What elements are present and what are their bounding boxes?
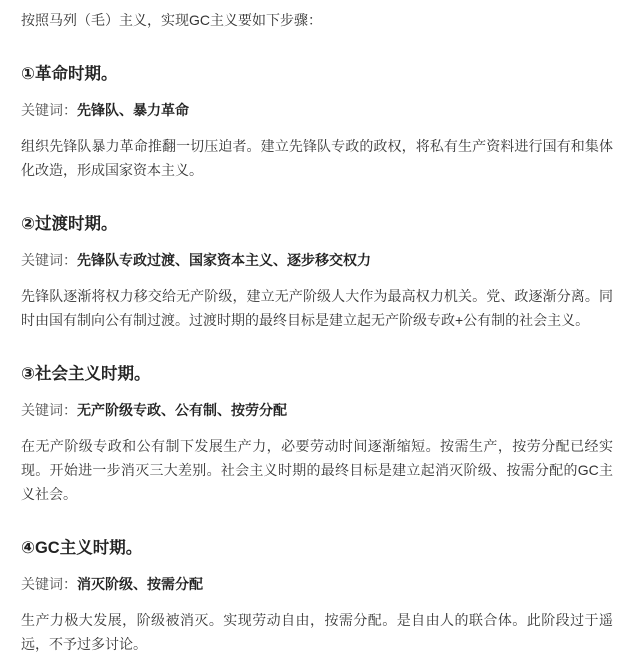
keywords-value: 消灭阶级、按需分配 bbox=[77, 576, 203, 592]
section-body: 生产力极大发展，阶级被消灭。实现劳动自由，按需分配。是自由人的联合体。此阶段过于… bbox=[21, 608, 613, 654]
section-communism: ④GC主义时期。 关键词：消灭阶级、按需分配 生产力极大发展，阶级被消灭。实现劳… bbox=[21, 536, 613, 654]
section-body: 先锋队逐渐将权力移交给无产阶级，建立无产阶级人大作为最高权力机关。党、政逐渐分离… bbox=[21, 284, 613, 332]
keywords-value: 无产阶级专政、公有制、按劳分配 bbox=[77, 402, 287, 418]
keywords-line: 关键词：先锋队专政过渡、国家资本主义、逐步移交权力 bbox=[21, 248, 613, 272]
document-page: { "document": { "intro": "按照马列（毛）主义，实现GC… bbox=[0, 0, 626, 654]
section-transition: ②过渡时期。 关键词：先锋队专政过渡、国家资本主义、逐步移交权力 先锋队逐渐将权… bbox=[21, 212, 613, 332]
keywords-value: 先锋队、暴力革命 bbox=[77, 102, 189, 118]
section-heading: ①革命时期。 bbox=[21, 62, 613, 86]
section-heading: ③社会主义时期。 bbox=[21, 362, 613, 386]
keywords-label: 关键词： bbox=[21, 102, 77, 118]
keywords-label: 关键词： bbox=[21, 402, 77, 418]
section-socialism: ③社会主义时期。 关键词：无产阶级专政、公有制、按劳分配 在无产阶级专政和公有制… bbox=[21, 362, 613, 506]
section-body: 在无产阶级专政和公有制下发展生产力，必要劳动时间逐渐缩短。按需生产，按劳分配已经… bbox=[21, 434, 613, 506]
keywords-line: 关键词：消灭阶级、按需分配 bbox=[21, 572, 613, 596]
keywords-line: 关键词：无产阶级专政、公有制、按劳分配 bbox=[21, 398, 613, 422]
keywords-label: 关键词： bbox=[21, 252, 77, 268]
section-revolution: ①革命时期。 关键词：先锋队、暴力革命 组织先锋队暴力革命推翻一切压迫者。建立先… bbox=[21, 62, 613, 182]
section-body: 组织先锋队暴力革命推翻一切压迫者。建立先锋队专政的政权，将私有生产资料进行国有和… bbox=[21, 134, 613, 182]
keywords-value: 先锋队专政过渡、国家资本主义、逐步移交权力 bbox=[77, 252, 371, 268]
intro-paragraph: 按照马列（毛）主义，实现GC主义要如下步骤： bbox=[21, 8, 613, 32]
keywords-label: 关键词： bbox=[21, 576, 77, 592]
keywords-line: 关键词：先锋队、暴力革命 bbox=[21, 98, 613, 122]
section-heading: ②过渡时期。 bbox=[21, 212, 613, 236]
section-heading: ④GC主义时期。 bbox=[21, 536, 613, 560]
